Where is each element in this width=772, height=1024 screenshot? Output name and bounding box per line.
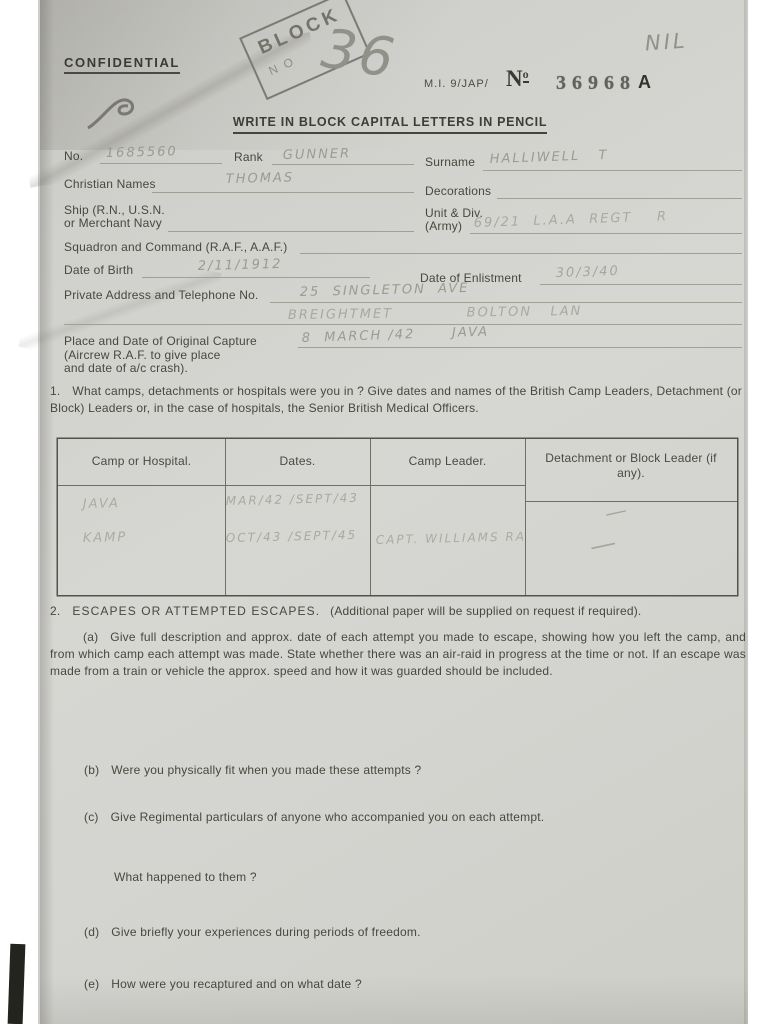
question-2e-text: How were you recaptured and on what date… xyxy=(111,977,362,991)
field-label-ship-line1: Ship (R.N., U.S.N. xyxy=(64,203,165,217)
field-label-christian-names: Christian Names xyxy=(64,177,156,191)
field-label-capture-line3: and date of a/c crash). xyxy=(64,361,188,375)
camp-row-1-dates: MAR/42 /SEPT/43 xyxy=(226,491,359,508)
camp-table: Camp or Hospital. Dates. Camp Leader. De… xyxy=(57,438,738,596)
camp-table-header-camp: Camp or Hospital. xyxy=(58,454,225,468)
question-2d: (d)Give briefly your experiences during … xyxy=(84,925,421,939)
question-2b: (b)Were you physically fit when you made… xyxy=(84,763,421,777)
field-line-capture xyxy=(298,347,742,348)
reference-series-letter: A xyxy=(638,72,651,93)
field-label-surname: Surname xyxy=(425,155,475,169)
binding-string-icon xyxy=(84,90,144,132)
field-label-ship-line2: or Merchant Navy xyxy=(64,216,162,230)
field-line-date-of-enlistment xyxy=(540,284,742,285)
camp-row-2-detachment-mark: — xyxy=(588,529,617,561)
question-2e: (e)How were you recaptured and on what d… xyxy=(84,977,362,991)
field-line-squadron xyxy=(300,253,742,254)
reference-no-n: N xyxy=(506,66,523,91)
field-value-date-of-birth: 2/11/1912 xyxy=(198,257,283,274)
camp-row-2-camp: KAMP xyxy=(83,530,128,546)
field-label-date-of-birth: Date of Birth xyxy=(64,263,133,277)
question-1-number: 1. xyxy=(50,384,60,398)
camp-row-1-camp: JAVA xyxy=(83,496,120,512)
camp-row-2-leader: CAPT. WILLIAMS RA xyxy=(376,529,527,547)
question-2c-followup-text: What happened to them ? xyxy=(114,870,257,884)
section-2-title: ESCAPES OR ATTEMPTED ESCAPES. xyxy=(72,604,320,618)
field-line-christian-names xyxy=(152,192,414,193)
field-label-squadron: Squadron and Command (R.A.F., A.A.F.) xyxy=(64,240,288,254)
field-line-address xyxy=(270,302,742,303)
field-label-address: Private Address and Telephone No. xyxy=(64,288,259,302)
camp-table-header-detachment: Detachment or Block Leader (if any). xyxy=(540,451,722,481)
question-1-text: What camps, detachments or hospitals wer… xyxy=(50,384,742,415)
question-2b-marker: (b) xyxy=(84,763,99,777)
question-2c-marker: (c) xyxy=(84,810,99,824)
field-line-unit-div xyxy=(470,233,742,234)
scanned-form-page: CONFIDENTIAL BLOCK N O 36 M.I. 9/JAP/ No… xyxy=(0,0,772,1024)
question-2c-followup: What happened to them ? xyxy=(114,870,257,884)
field-value-christian-names: THOMAS xyxy=(226,170,295,187)
field-label-decorations: Decorations xyxy=(425,184,491,198)
question-2a: (a)Give full description and approx. dat… xyxy=(50,629,746,680)
section-2-heading: 2.ESCAPES OR ATTEMPTED ESCAPES.(Addition… xyxy=(50,604,744,618)
camp-row-1-detachment-mark: — xyxy=(604,499,628,526)
section-2-number: 2. xyxy=(50,604,60,618)
field-value-date-of-enlistment: 30/3/40 xyxy=(555,264,620,281)
field-value-rank: GUNNER xyxy=(283,146,352,163)
camp-table-header-dates: Dates. xyxy=(225,454,370,468)
field-label-capture-line1: Place and Date of Original Capture xyxy=(64,334,257,348)
field-label-capture-line2: (Aircrew R.A.F. to give place xyxy=(64,348,221,362)
scan-edge-artifact xyxy=(8,944,26,1024)
question-2a-marker: (a) xyxy=(83,630,98,644)
camp-table-header-rule xyxy=(525,501,737,502)
classification-label: CONFIDENTIAL xyxy=(64,55,180,74)
field-label-rank: Rank xyxy=(234,150,263,164)
question-2d-marker: (d) xyxy=(84,925,99,939)
reference-prefix: M.I. 9/JAP/ xyxy=(424,78,489,90)
question-2c: (c)Give Regimental particulars of anyone… xyxy=(84,810,544,824)
camp-row-2-dates: OCT/43 /SEPT/45 xyxy=(226,528,358,545)
field-line-date-of-birth xyxy=(142,277,370,278)
nil-handwriting: NIL xyxy=(644,29,688,56)
field-line-ship xyxy=(168,231,414,232)
question-2a-text: Give full description and approx. date o… xyxy=(50,630,746,678)
field-value-no: 1685560 xyxy=(106,144,178,161)
camp-table-header-leader: Camp Leader. xyxy=(370,454,525,468)
reference-no-sup: o xyxy=(523,67,529,83)
camp-table-divider xyxy=(525,439,526,595)
block-number-handwriting: 36 xyxy=(318,17,402,91)
instruction-title-text: WRITE IN BLOCK CAPITAL LETTERS IN PENCIL xyxy=(233,115,547,134)
question-1: 1.What camps, detachments or hospitals w… xyxy=(50,383,742,416)
question-2d-text: Give briefly your experiences during per… xyxy=(111,925,420,939)
field-line-decorations xyxy=(497,198,742,199)
field-line-rank xyxy=(272,164,414,165)
question-2e-marker: (e) xyxy=(84,977,99,991)
field-label-unit-div-line2: (Army) xyxy=(425,219,462,233)
reference-serial-stamp: 36968 xyxy=(556,72,636,95)
field-line-surname xyxy=(483,170,742,171)
camp-table-header-rule xyxy=(58,485,525,486)
question-2b-text: Were you physically fit when you made th… xyxy=(111,763,421,777)
question-2c-text: Give Regimental particulars of anyone wh… xyxy=(111,810,545,824)
field-label-no: No. xyxy=(64,149,83,163)
reference-no-label: No xyxy=(506,66,529,92)
instruction-title: WRITE IN BLOCK CAPITAL LETTERS IN PENCIL xyxy=(160,113,620,131)
section-2-note: (Additional paper will be supplied on re… xyxy=(330,604,641,618)
field-line-address-2 xyxy=(64,324,742,325)
field-line-no xyxy=(100,163,222,164)
